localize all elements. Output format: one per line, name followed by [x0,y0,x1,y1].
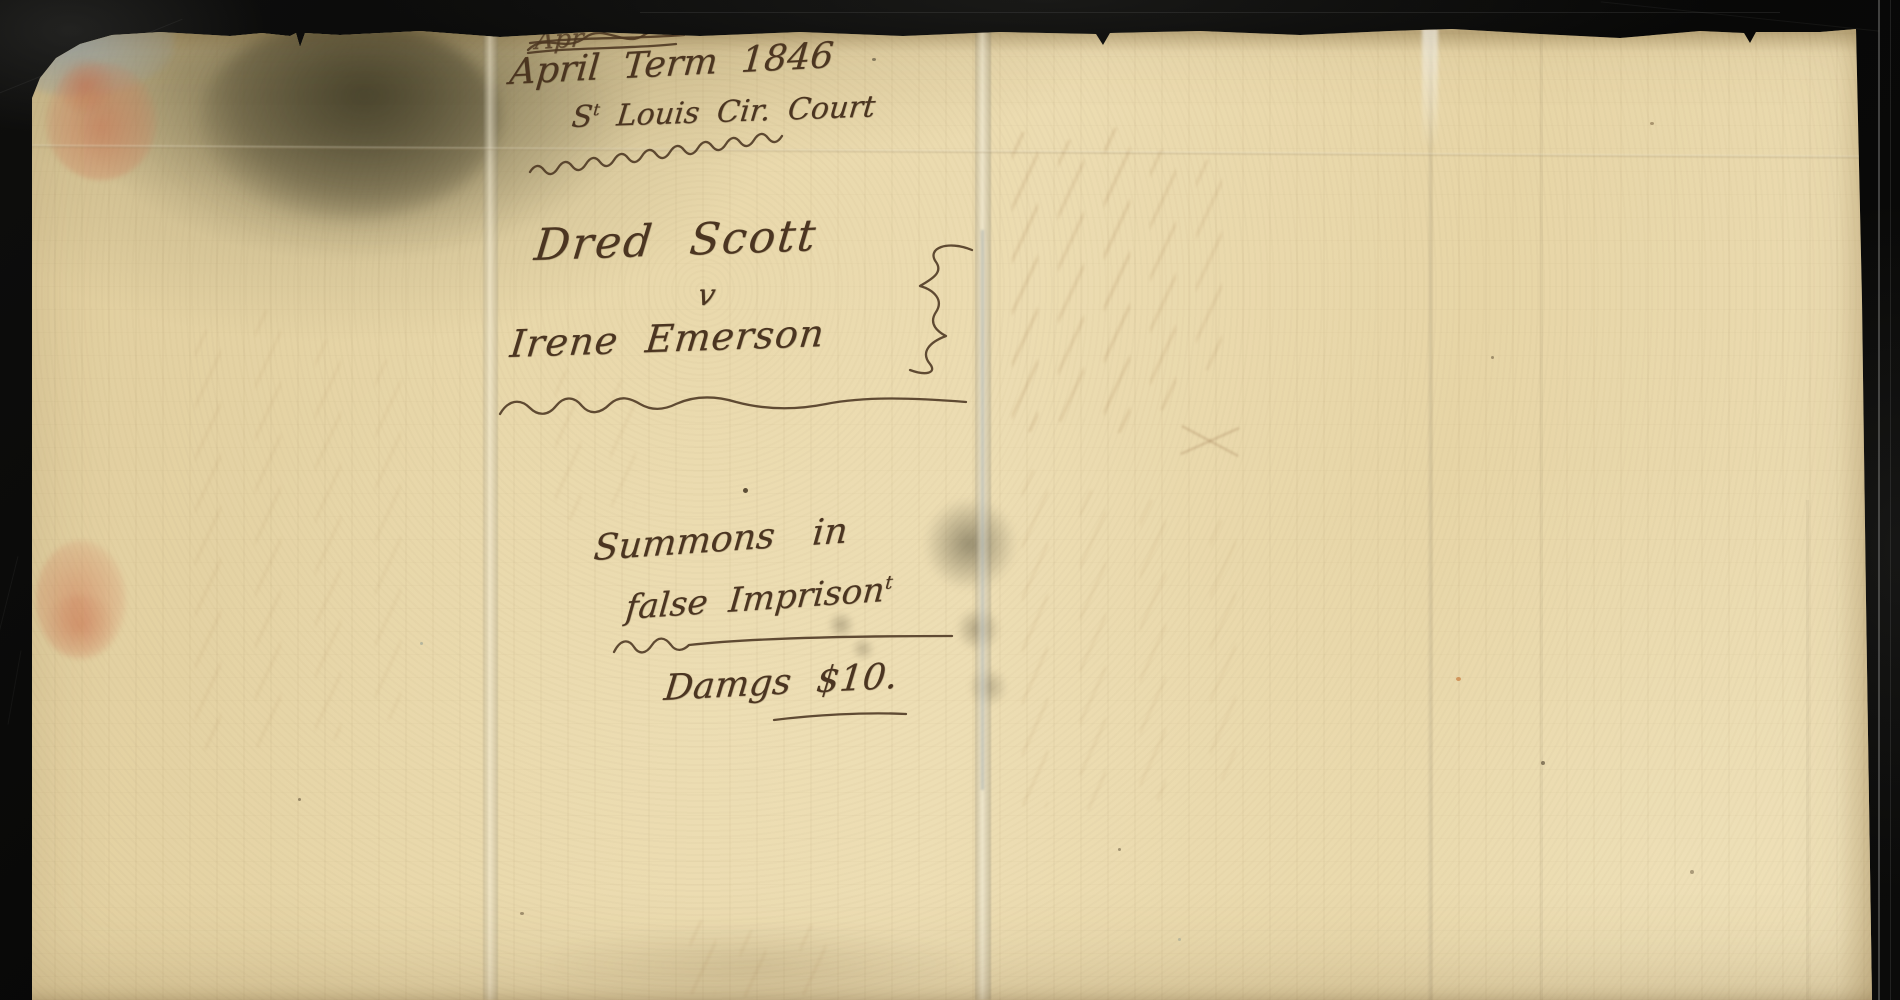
paper-sheet: Apr April Term 1846 St Louis Cir. Court … [0,0,1900,1000]
scanned-document-page: Apr April Term 1846 St Louis Cir. Court … [0,0,1900,1000]
glass-edge-line-2 [1890,0,1891,1000]
scratch-line [7,650,21,724]
paper-vignette [0,0,1900,1000]
scratch-line [0,556,18,648]
glass-reflection-line [640,12,1780,13]
scratch-line [1601,1,1880,31]
glass-edge-line [1878,0,1880,1000]
